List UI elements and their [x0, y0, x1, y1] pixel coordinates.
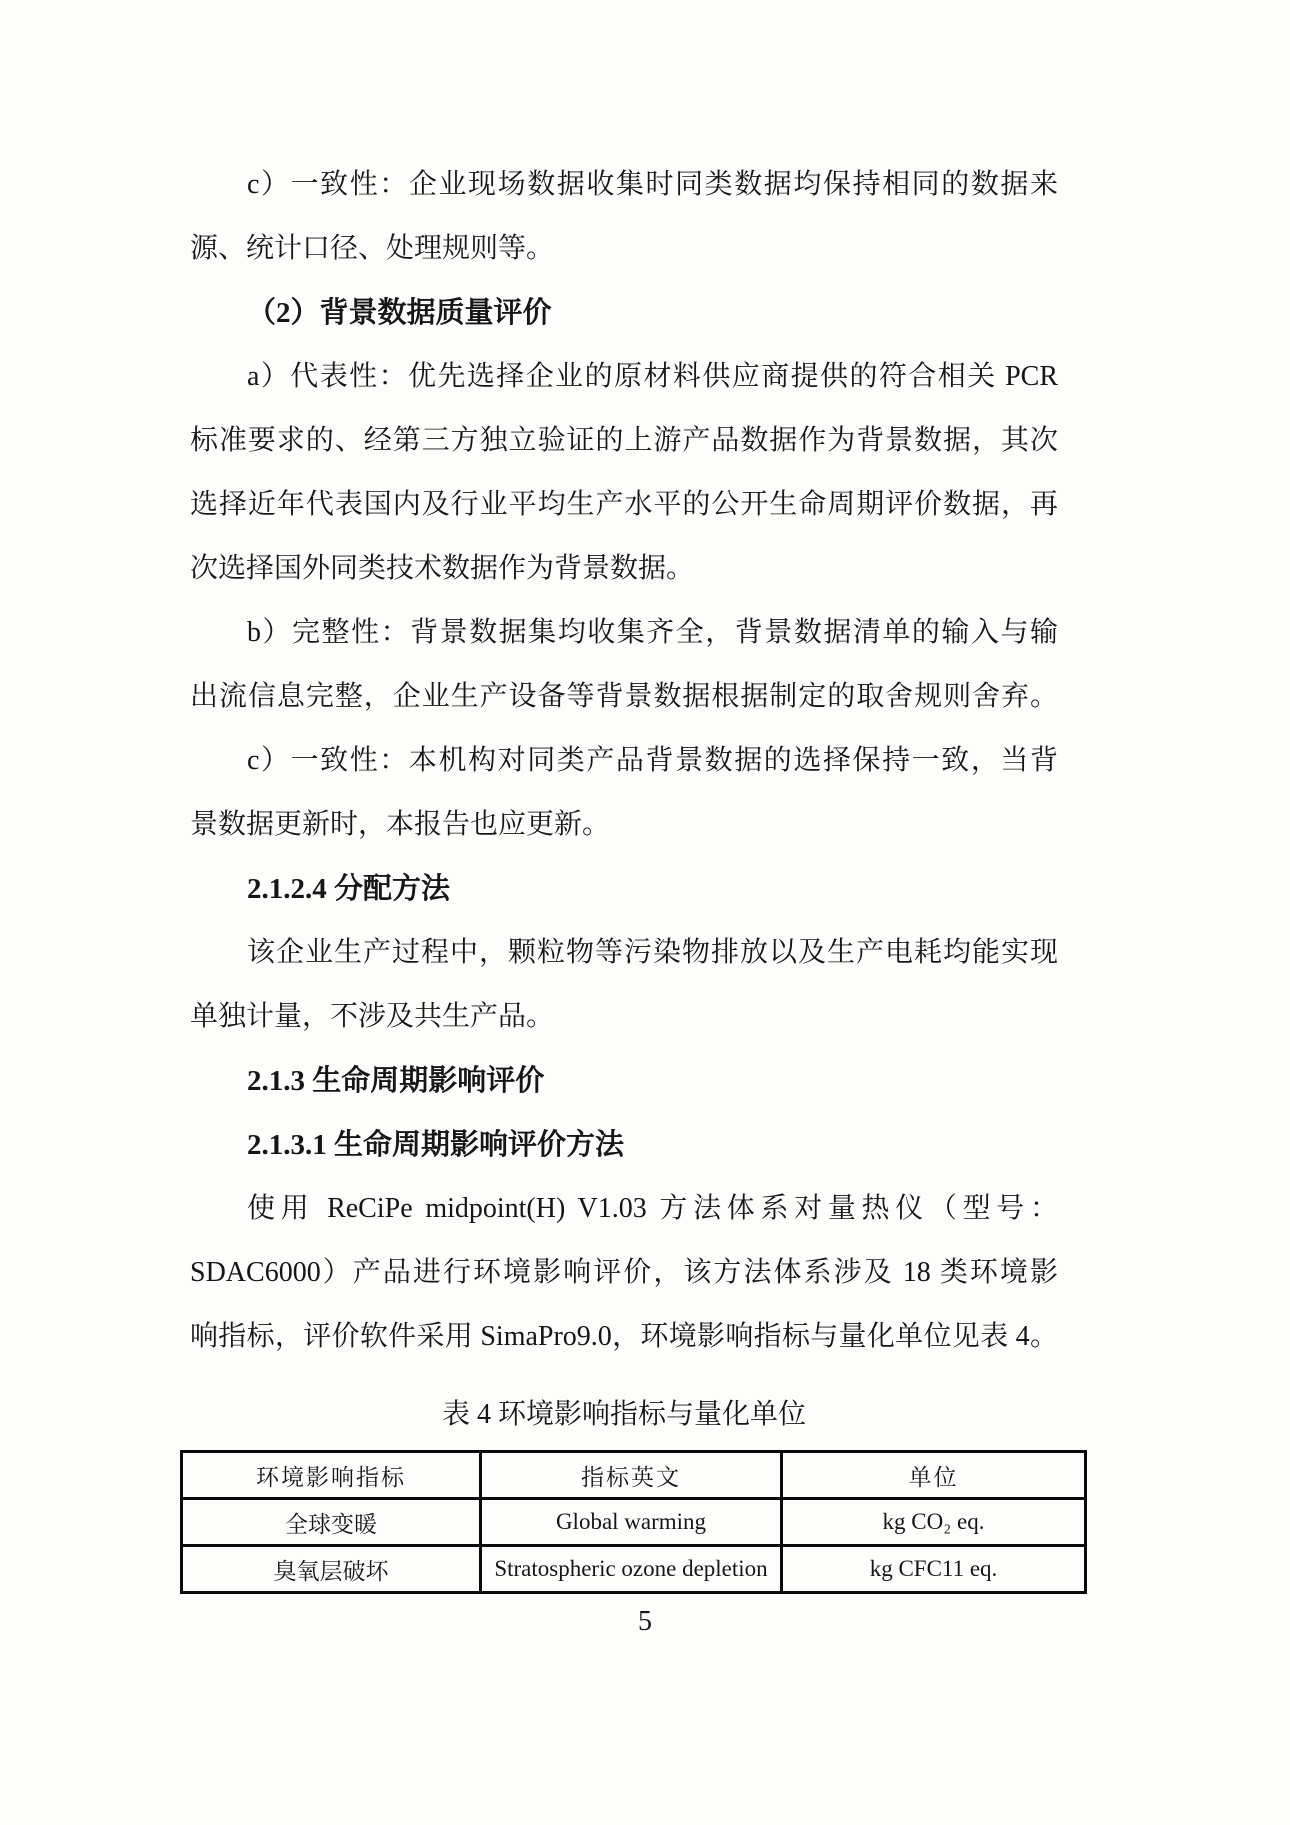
table-header-cell: 指标英文 [481, 1452, 782, 1499]
body-text-line: 响指标，评价软件采用 SimaPro9.0，环境影响指标与量化单位见表 4。 [190, 1305, 1058, 1369]
table-row: 全球变暖Global warmingkg CO₂ eq. [182, 1499, 1086, 1546]
table-cell: kg CFC11 eq. [782, 1546, 1086, 1593]
table-cell: Global warming [481, 1499, 782, 1546]
document-body: c）一致性：企业现场数据收集时同类数据均保持相同的数据来源、统计口径、处理规则等… [190, 153, 1058, 1447]
body-text-line: c）一致性：企业现场数据收集时同类数据均保持相同的数据来 [190, 153, 1058, 217]
body-text-line: 单独计量，不涉及共生产品。 [190, 985, 1058, 1049]
table-head: 环境影响指标指标英文单位 [182, 1452, 1086, 1499]
table-cell: kg CO₂ eq. [782, 1499, 1086, 1546]
section-heading: 2.1.3 生命周期影响评价 [190, 1049, 1058, 1113]
body-text-line: 景数据更新时，本报告也应更新。 [190, 793, 1058, 857]
section-heading: 2.1.2.4 分配方法 [190, 857, 1058, 921]
body-text-line: 次选择国外同类技术数据作为背景数据。 [190, 537, 1058, 601]
table-header-row: 环境影响指标指标英文单位 [182, 1452, 1086, 1499]
body-text-line: 源、统计口径、处理规则等。 [190, 217, 1058, 281]
table-cell: Stratospheric ozone depletion [481, 1546, 782, 1593]
section-heading: （2）背景数据质量评价 [190, 281, 1058, 345]
body-text-line: c）一致性：本机构对同类产品背景数据的选择保持一致，当背 [190, 729, 1058, 793]
table-row: 臭氧层破坏Stratospheric ozone depletionkg CFC… [182, 1546, 1086, 1593]
body-text-line: SDAC6000）产品进行环境影响评价，该方法体系涉及 18 类环境影 [190, 1241, 1058, 1305]
table-header-cell: 单位 [782, 1452, 1086, 1499]
body-text-line: b）完整性：背景数据集均收集齐全，背景数据清单的输入与输 [190, 601, 1058, 665]
document-page: c）一致性：企业现场数据收集时同类数据均保持相同的数据来源、统计口径、处理规则等… [0, 0, 1290, 1825]
table-caption: 表 4 环境影响指标与量化单位 [190, 1383, 1058, 1447]
page-number: 5 [0, 1602, 1290, 1642]
body-text-line: 选择近年代表国内及行业平均生产水平的公开生命周期评价数据，再 [190, 473, 1058, 537]
body-text-line: 使用 ReCiPe midpoint(H) V1.03 方法体系对量热仪（型号： [190, 1177, 1058, 1241]
body-text-line: 出流信息完整，企业生产设备等背景数据根据制定的取舍规则舍弃。 [190, 665, 1058, 729]
table-header-cell: 环境影响指标 [182, 1452, 481, 1499]
table-body: 全球变暖Global warmingkg CO₂ eq.臭氧层破坏Stratos… [182, 1499, 1086, 1593]
table-cell: 臭氧层破坏 [182, 1546, 481, 1593]
body-text-line: a）代表性：优先选择企业的原材料供应商提供的符合相关 PCR [190, 345, 1058, 409]
body-text-line: 该企业生产过程中，颗粒物等污染物排放以及生产电耗均能实现 [190, 921, 1058, 985]
body-text-line: 标准要求的、经第三方独立验证的上游产品数据作为背景数据，其次 [190, 409, 1058, 473]
impact-indicator-table: 环境影响指标指标英文单位 全球变暖Global warmingkg CO₂ eq… [180, 1450, 1087, 1594]
section-heading: 2.1.3.1 生命周期影响评价方法 [190, 1113, 1058, 1177]
table-cell: 全球变暖 [182, 1499, 481, 1546]
